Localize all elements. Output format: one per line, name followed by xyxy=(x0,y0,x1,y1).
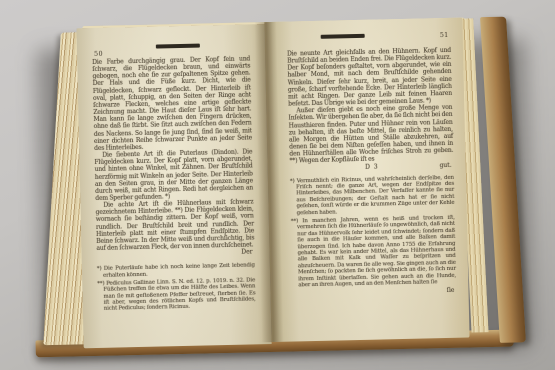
body-paragraph: Die ſiebente Art iſt die Puterlaus (Dind… xyxy=(94,148,253,202)
left-footnote-block: *) Die Puterläuſe habe ich noch keine la… xyxy=(97,263,256,313)
footnote: **) In manchen Jahren, wenn es heiß und … xyxy=(291,215,457,290)
body-paragraph: Außer dieſen giebt es noch eine große Me… xyxy=(288,104,453,165)
section-rule-left xyxy=(156,44,200,49)
body-paragraph: Die neunte Art gleichfalls an den Hühner… xyxy=(287,47,452,108)
right-page-content: 51 Die neunte Art gleichfalls an den Hüh… xyxy=(287,32,457,298)
left-page-content: 50 Die Farbe durchgängig grau. Der Kopf … xyxy=(92,40,256,314)
body-paragraph: Die Farbe durchgängig grau. Der Kopf fei… xyxy=(92,55,252,152)
footnote: *) Vermuthlich ein Ricinus, und wahrſche… xyxy=(290,174,455,216)
signature-mark: D 3 xyxy=(365,163,379,171)
right-page-number: 51 xyxy=(440,31,449,39)
open-book: 50 Die Farbe durchgängig grau. Der Kopf … xyxy=(16,8,524,357)
section-rule-right xyxy=(321,34,365,39)
catchword-right-main: gut. xyxy=(440,161,452,169)
book-photo: 50 Die Farbe durchgängig grau. Der Kopf … xyxy=(0,0,555,370)
body-paragraph: Die achte Art iſt die Hühnerlaus mit ſch… xyxy=(95,199,254,253)
footnote: **) Pediculus Gallinae Linn. S. N. ed. 1… xyxy=(97,277,256,313)
left-page-number: 50 xyxy=(94,50,103,58)
right-footnote-block: *) Vermuthlich ein Ricinus, und wahrſche… xyxy=(290,174,456,289)
